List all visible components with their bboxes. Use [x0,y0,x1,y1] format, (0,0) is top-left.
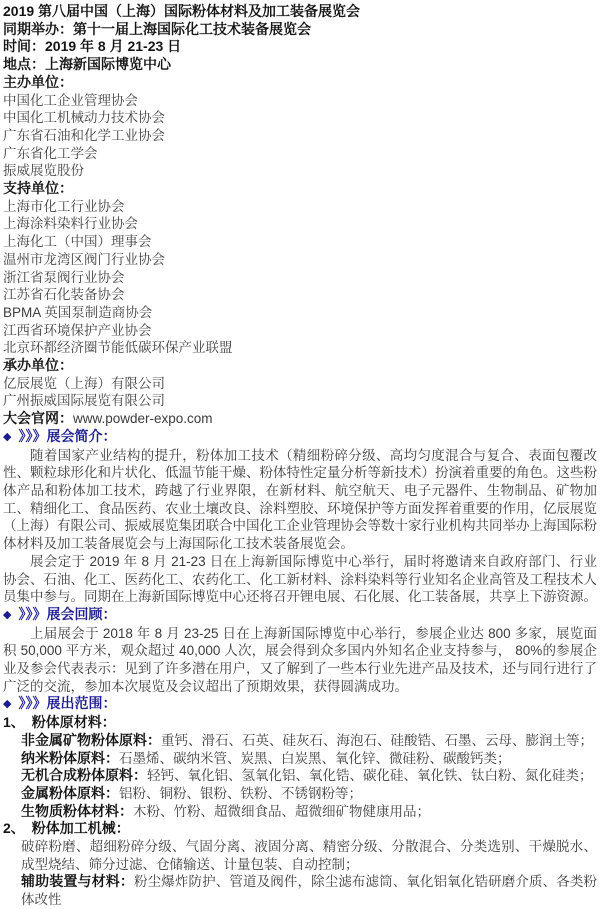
intro-paragraph: 展会定于 2019 年 8 月 21-23 日在上海新国际博览中心举行，届时将邀… [3,553,597,606]
arrows-icon: 》》》 [18,428,46,444]
organizer-item: 广东省石油和化学工业协会 [3,127,597,145]
supporter-item: 上海市化工行业协会 [3,198,597,216]
organizer-item: 中国化工企业管理协会 [3,92,597,110]
section-heading-review: ◆》》》展会回顾： [3,606,597,625]
scope-row-text: 破碎粉磨、超细粉碎分级、气固分离、液固分离、精密分级、分散混合、分类选别、干燥脱… [21,839,597,872]
arrows-icon: 》》》 [18,695,46,711]
scope-group-title-machinery: 2、粉体加工机械： [3,820,597,838]
page-title: 2019 第八届中国（上海）国际粉体材料及加工装备展览会 [3,3,597,21]
arrows-icon: 》》》 [18,606,46,622]
scope-row-text: 石墨烯、碳纳米管、炭黑、白炭黑、氧化锌、微硅粉、碳酸钙类； [119,751,511,766]
section-title-scope: 展出范围： [46,695,116,711]
diamond-icon: ◆ [3,698,11,710]
exhibition-document: 2019 第八届中国（上海）国际粉体材料及加工装备展览会 同期举办：第十一届上海… [0,0,601,909]
supporter-item: 上海化工（中国）理事会 [3,233,597,251]
organizers-label: 主办单位： [3,74,597,92]
supporter-item: 浙江省泵阀行业协会 [3,269,597,287]
website-url: www.powder-expo.com [73,411,213,426]
group-title: 粉体加工机械： [32,820,130,836]
scope-row: 无机合成粉体原料：轻钙、氧化铝、氢氧化铝、氧化锆、碳化硅、氧化铁、钛白粉、氮化硅… [21,767,597,785]
undertakers-label: 承办单位： [3,357,597,375]
supporter-item: 江苏省石化装备协会 [3,286,597,304]
concurrent-event-line: 同期举办：第十一届上海国际化工技术装备展览会 [3,21,597,39]
website-label: 大会官网： [3,410,73,426]
scope-row: 辅助装置与材料：粉尘爆炸防护、管道及阀件，除尘滤布滤筒、氧化铝氧化锆研磨介质、各… [21,873,597,908]
supporter-item: 上海涂料染料行业协会 [3,215,597,233]
scope-row-label: 生物质粉体材料： [21,803,133,819]
diamond-icon: ◆ [3,431,11,443]
section-title-review: 展会回顾： [46,606,116,622]
scope-row-label: 辅助装置与材料： [21,873,134,889]
supporters-label: 支持单位： [3,180,597,198]
event-time-line: 时间：2019 年 8 月 21-23 日 [3,38,597,56]
organizer-item: 广东省化工学会 [3,145,597,163]
scope-row-label: 金属粉体原料： [21,785,119,801]
group-number: 1、 [3,714,25,730]
undertaker-item: 广州振威国际展览有限公司 [3,392,597,410]
supporter-item: 北京环都经济圈节能低碳环保产业联盟 [3,339,597,357]
intro-paragraph: 随着国家产业结构的提升，粉体加工技术（精细粉碎分级、高均匀度混合与复合、表面包覆… [3,447,597,553]
scope-row: 金属粉体原料：铝粉、铜粉、银粉、铁粉、不锈钢粉等； [21,785,597,803]
scope-group-title-materials: 1、粉体原材料： [3,714,597,732]
section-title-intro: 展会简介： [46,428,116,444]
scope-row-text: 轻钙、氧化铝、氢氧化铝、氧化锆、碳化硅、氧化铁、钛白粉、氮化硅类； [147,768,593,783]
group-title: 粉体原材料： [32,714,116,730]
scope-row-label: 纳米粉体原料： [21,750,119,766]
supporter-item: 温州市龙湾区阀门行业协会 [3,251,597,269]
scope-row-text: 铝粉、铜粉、银粉、铁粉、不锈钢粉等； [119,786,362,801]
scope-row-text: 木粉、竹粉、超微细食品、超微细矿物健康用品； [133,804,430,819]
organizer-item: 中国化工机械动力技术协会 [3,109,597,127]
supporter-item: BPMA 英国泵制造商协会 [3,304,597,322]
group-number: 2、 [3,820,25,836]
section-heading-intro: ◆》》》展会简介： [3,428,597,447]
scope-row-label: 非金属矿物粉体原料： [21,732,161,748]
scope-row: 生物质粉体材料：木粉、竹粉、超微细食品、超微细矿物健康用品； [21,803,597,821]
review-paragraph: 上届展会于 2018 年 8 月 23-25 日在上海新国际博览中心举行，参展企… [3,625,597,696]
scope-row: 破碎粉磨、超细粉碎分级、气固分离、液固分离、精密分级、分散混合、分类选别、干燥脱… [21,838,597,873]
undertaker-item: 亿辰展览（上海）有限公司 [3,375,597,393]
scope-row-label: 无机合成粉体原料： [21,767,147,783]
event-venue-line: 地点：上海新国际博览中心 [3,56,597,74]
scope-row: 纳米粉体原料：石墨烯、碳纳米管、炭黑、白炭黑、氧化锌、微硅粉、碳酸钙类； [21,750,597,768]
website-line: 大会官网：www.powder-expo.com [3,410,597,428]
diamond-icon: ◆ [3,609,11,621]
scope-row-text: 重钙、滑石、石英、硅灰石、海泡石、硅酸锆、石墨、云母、膨润土等； [161,733,593,748]
section-heading-scope: ◆》》》展出范围： [3,695,597,714]
organizer-item: 振威展览股份 [3,162,597,180]
scope-row: 非金属矿物粉体原料：重钙、滑石、石英、硅灰石、海泡石、硅酸锆、石墨、云母、膨润土… [21,732,597,750]
supporter-item: 江西省环境保护产业协会 [3,322,597,340]
